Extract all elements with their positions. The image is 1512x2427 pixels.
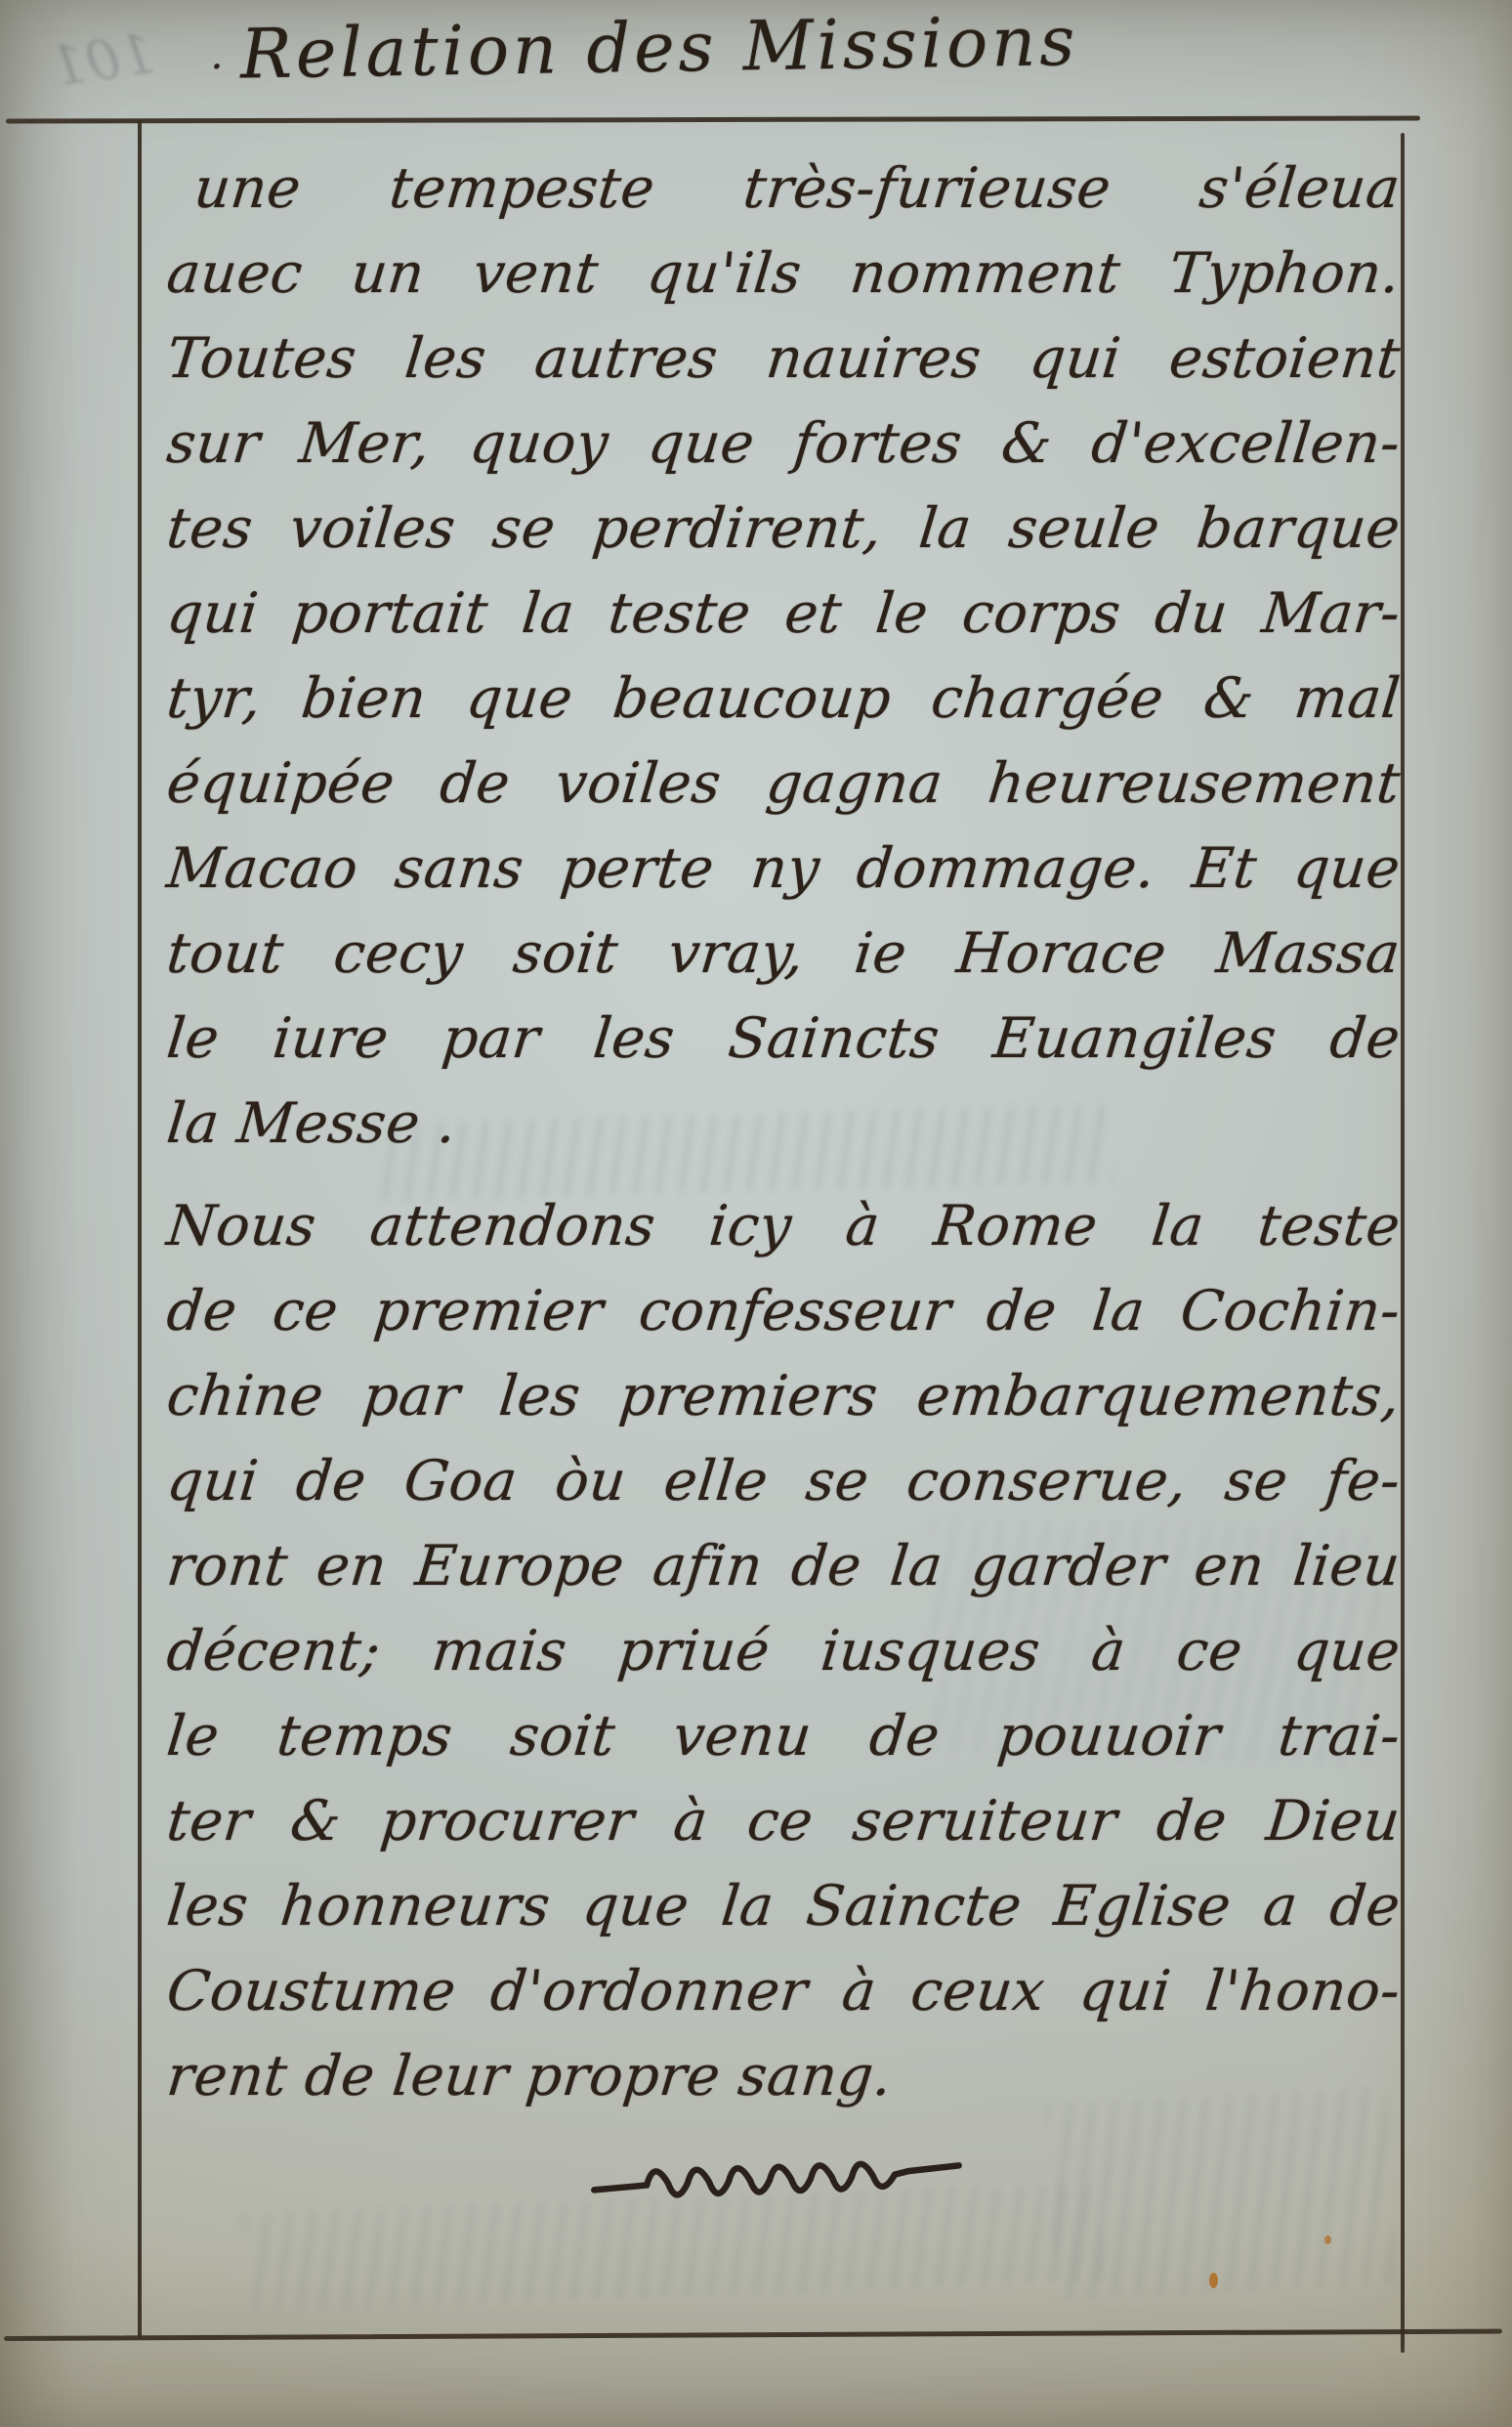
manuscript-line: ter & procurer à ce seruiteur de Dieu (163, 1779, 1405, 1864)
paragraph-2: Nous attendons icy à Rome la testede ce … (164, 1184, 1397, 2119)
manuscript-line: qui portait la teste et le corps du Mar- (163, 572, 1405, 657)
frame-rule-left (138, 120, 142, 2338)
manuscript-line: Coustume d'ordonner à ceux qui l'hono- (163, 1949, 1405, 2034)
manuscript-line: équipée de voiles gagna heureusement (163, 742, 1405, 827)
manuscript-line: ront en Europe afin de la garder en lieu (163, 1524, 1405, 1609)
frame-rule-bottom (4, 2329, 1502, 2341)
manuscript-line: décent; mais priué iusques à ce que (163, 1609, 1405, 1694)
foxing-spot (1324, 2235, 1331, 2244)
manuscript-line: tyr, bien que beaucoup chargée & mal (163, 657, 1405, 742)
manuscript-line: sur Mer, quoy que fortes & d'excellen- (163, 402, 1405, 487)
manuscript-line: les honneurs que la Saincte Eglise a de (163, 1864, 1405, 1949)
manuscript-page: 101 .Relation des Missions une tempeste … (0, 0, 1512, 2427)
manuscript-line: tout cecy soit vray, ie Horace Massa (163, 912, 1405, 997)
title-leading-dot: . (210, 33, 227, 78)
manuscript-line: le temps soit venu de pouuoir trai- (163, 1694, 1405, 1779)
manuscript-line: Nous attendons icy à Rome la teste (163, 1184, 1405, 1269)
manuscript-line: qui de Goa òu elle se conserue, se fe- (163, 1439, 1405, 1524)
paragraph-1: une tempeste très-furieuse s'éleuaauec u… (164, 147, 1397, 1167)
manuscript-line: auec un vent qu'ils nomment Typhon. (163, 232, 1405, 317)
manuscript-line: chine par les premiers embarquements, (163, 1354, 1405, 1439)
frame-rule-right (1401, 133, 1405, 2353)
manuscript-line: Macao sans perte ny dommage. Et que (163, 827, 1405, 912)
title-text: Relation des Missions (239, 1, 1078, 94)
manuscript-line: tes voiles se perdirent, la seule barque (163, 487, 1405, 572)
manuscript-line: de ce premier confesseur de la Cochin- (163, 1269, 1405, 1354)
end-flourish-wavy-line-icon (585, 2134, 1017, 2221)
manuscript-line: la Messe . (163, 1082, 1405, 1167)
page-title: .Relation des Missions (0, 0, 1290, 125)
foxing-spot (1209, 2273, 1218, 2288)
manuscript-line: Toutes les autres nauires qui estoient (163, 317, 1405, 402)
manuscript-line: une tempeste très-furieuse s'éleua (163, 147, 1405, 232)
manuscript-line: le iure par les Saincts Euangiles de (163, 997, 1405, 1082)
manuscript-line: rent de leur propre sang. (163, 2034, 1405, 2119)
